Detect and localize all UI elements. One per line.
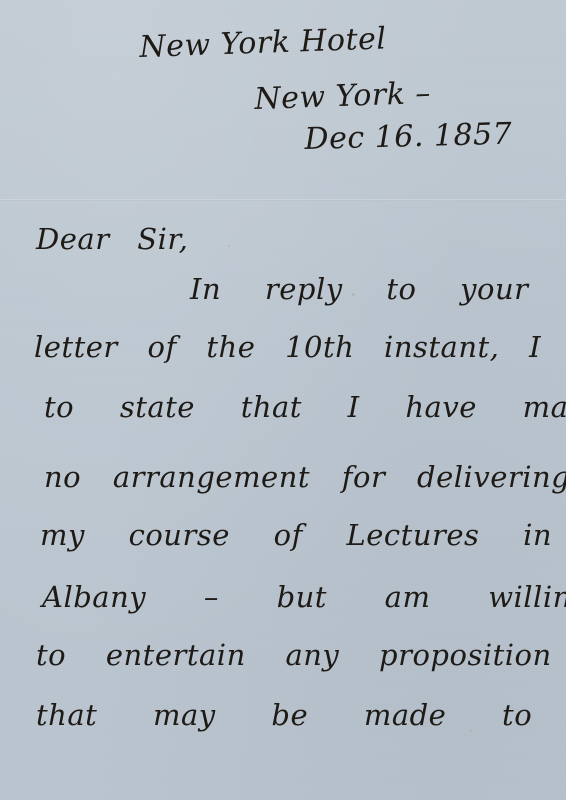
body-line-6: Albany – but am willing — [42, 580, 566, 614]
paper-speck — [352, 293, 355, 296]
body-line-3: to state that I have made — [44, 390, 566, 424]
paper-fold-crease — [0, 199, 566, 201]
salutation: Dear Sir, — [36, 222, 188, 256]
body-line-1: In reply to your — [190, 272, 529, 306]
body-line-8: that may be made to me — [36, 698, 566, 732]
body-line-4: no arrangement for delivering — [44, 460, 566, 494]
header-date: Dec 16. 1857 — [304, 117, 513, 157]
paper-speck — [228, 245, 230, 247]
header-city: New York – — [254, 76, 432, 117]
body-line-7: to entertain any proposition — [36, 638, 552, 672]
header-hotel-name: New York Hotel — [139, 21, 387, 65]
body-line-5: my course of Lectures in — [40, 518, 552, 552]
letter-page: New York Hotel New York – Dec 16. 1857 D… — [0, 0, 566, 800]
body-line-2: letter of the 10th instant, I beg — [34, 330, 566, 364]
paper-speck — [470, 730, 472, 732]
